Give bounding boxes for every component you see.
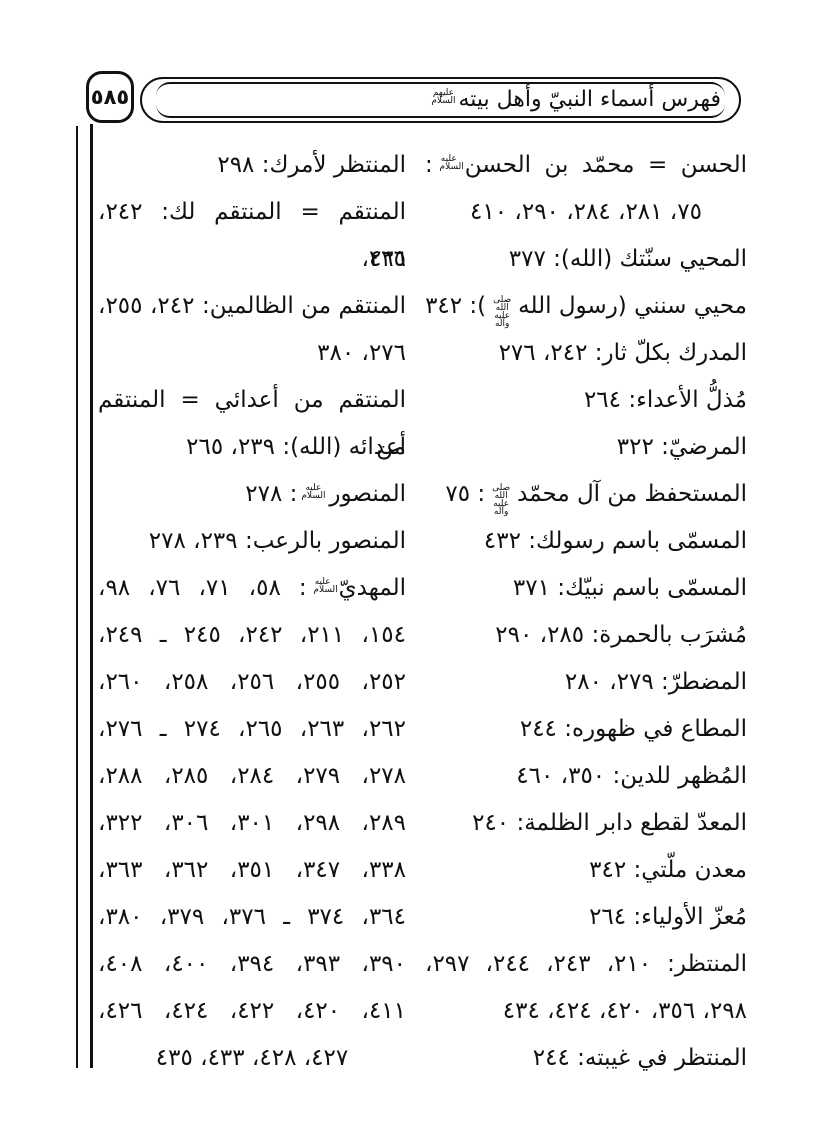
index-line: ٣٦٤، ٣٧٤ ـ ٣٧٦، ٣٧٩، ٣٨٠، xyxy=(98,894,406,941)
index-line: المنتظر: ٢١٠، ٢٤٣، ٢٤٤، ٢٩٧، xyxy=(425,941,747,988)
index-line: ٣٩٠، ٣٩٣، ٣٩٤، ٤٠٠، ٤٠٨، xyxy=(98,941,406,988)
index-line: المنتظر في غيبته: ٢٤٤ xyxy=(425,1035,747,1082)
index-line: ٤٣٦ xyxy=(98,236,406,283)
page-title: فهرس أسماء النبيّ وأهل بيته xyxy=(458,87,721,112)
page-title-line: فهرس أسماء النبيّ وأهل بيتهعليهم السلام xyxy=(142,79,739,121)
index-line: المحيي سنّتك (الله): ٣٧٧ xyxy=(425,236,747,283)
index-line: ٢٧٨، ٢٧٩، ٢٨٤، ٢٨٥، ٢٨٨، xyxy=(98,753,406,800)
index-line: ٢٩٨، ٣٥٦، ٤٢٠، ٤٢٤، ٤٣٤ xyxy=(425,988,747,1035)
honorific-salla-allah-icon: صلى الله عليه وآله xyxy=(486,484,516,506)
margin-rule-thick xyxy=(90,124,93,1068)
book-page: ٥٨٥ فهرس أسماء النبيّ وأهل بيتهعليهم الس… xyxy=(0,0,826,1147)
header-title-box: فهرس أسماء النبيّ وأهل بيتهعليهم السلام xyxy=(140,77,741,123)
index-line: المسمّى باسم نبيّك: ٣٧١ xyxy=(425,565,747,612)
index-line: ٢٥٢، ٢٥٥، ٢٥٦، ٢٥٨، ٢٦٠، xyxy=(98,659,406,706)
index-line: المنصور بالرعب: ٢٣٩، ٢٧٨ xyxy=(98,518,406,565)
index-line: المعدّ لقطع دابر الظلمة: ٢٤٠ xyxy=(425,800,747,847)
index-line: المنتقم من أعدائي = المنتقم من xyxy=(98,377,406,424)
index-line: المنتقم من الظالمين: ٢٤٢، ٢٥٥، xyxy=(98,283,406,330)
index-line: أعدائه (الله): ٢٣٩، ٢٦٥ xyxy=(98,424,406,471)
index-line: محيي سنني (رسول اللهصلى الله عليه وآله):… xyxy=(425,283,747,330)
honorific-salla-allah-icon: صلى الله عليه وآله xyxy=(487,296,517,318)
index-line: مُشرَب بالحمرة: ٢٨٥، ٢٩٠ xyxy=(425,612,747,659)
index-line: المُظهر للدين: ٣٥٠، ٤٦٠ xyxy=(425,753,747,800)
page-number-badge: ٥٨٥ xyxy=(86,71,134,123)
index-column-left: المنتظر لأمرك: ٢٩٨المنتقم = المنتقم لك: … xyxy=(98,142,406,1082)
index-line: المنتظر لأمرك: ٢٩٨ xyxy=(98,142,406,189)
index-line: ٣٣٨، ٣٤٧، ٣٥١، ٣٦٢، ٣٦٣، xyxy=(98,847,406,894)
index-line: مُذلُّ الأعداء: ٢٦٤ xyxy=(425,377,747,424)
index-line: ١٥٤، ٢١١، ٢٤٢، ٢٤٥ ـ ٢٤٩، xyxy=(98,612,406,659)
index-line: ٢٦٢، ٢٦٣، ٢٦٥، ٢٧٤ ـ ٢٧٦، xyxy=(98,706,406,753)
index-column-right: الحسن = محمّد بن الحسنعليه السلام:٧٥، ٢٨… xyxy=(425,142,747,1082)
honorific-alayhis-salam-icon: عليه السلام xyxy=(308,578,338,600)
index-line: المهديّعليه السلام: ٥٨، ٧١، ٧٦، ٩٨، xyxy=(98,565,406,612)
index-line: ٢٧٦، ٣٨٠ xyxy=(98,330,406,377)
honorific-alayhim-assalam-icon: عليهم السلام xyxy=(429,89,457,111)
index-line: مُعزّ الأولياء: ٢٦٤ xyxy=(425,894,747,941)
index-line: المسمّى باسم رسولك: ٤٣٢ xyxy=(425,518,747,565)
index-line: ٤٢٧، ٤٢٨، ٤٣٣، ٤٣٥ xyxy=(98,1035,406,1082)
index-line: معدن ملّتي: ٣٤٢ xyxy=(425,847,747,894)
index-line: ٧٥، ٢٨١، ٢٨٤، ٢٩٠، ٤١٠ xyxy=(425,189,747,236)
index-line: ٢٨٩، ٢٩٨، ٣٠١، ٣٠٦، ٣٢٢، xyxy=(98,800,406,847)
index-line: المنصورعليه السلام: ٢٧٨ xyxy=(98,471,406,518)
page-number: ٥٨٥ xyxy=(91,85,129,109)
index-line: ٤١١، ٤٢٠، ٤٢٢، ٤٢٤، ٤٢٦، xyxy=(98,988,406,1035)
index-line: المنتقم = المنتقم لك: ٢٤٢، ٢٦٥، xyxy=(98,189,406,236)
index-line: المضطرّ: ٢٧٩، ٢٨٠ xyxy=(425,659,747,706)
index-line: المرضيّ: ٣٢٢ xyxy=(425,424,747,471)
honorific-alayhis-salam-icon: عليه السلام xyxy=(434,155,464,177)
honorific-alayhis-salam-icon: عليه السلام xyxy=(298,484,328,506)
index-line: المستحفظ من آل محمّدصلى الله عليه وآله: … xyxy=(425,471,747,518)
margin-rule-thin xyxy=(76,126,78,1068)
index-line: المدرك بكلّ ثار: ٢٤٢، ٢٧٦ xyxy=(425,330,747,377)
index-line: المطاع في ظهوره: ٢٤٤ xyxy=(425,706,747,753)
index-line: الحسن = محمّد بن الحسنعليه السلام: xyxy=(425,142,747,189)
